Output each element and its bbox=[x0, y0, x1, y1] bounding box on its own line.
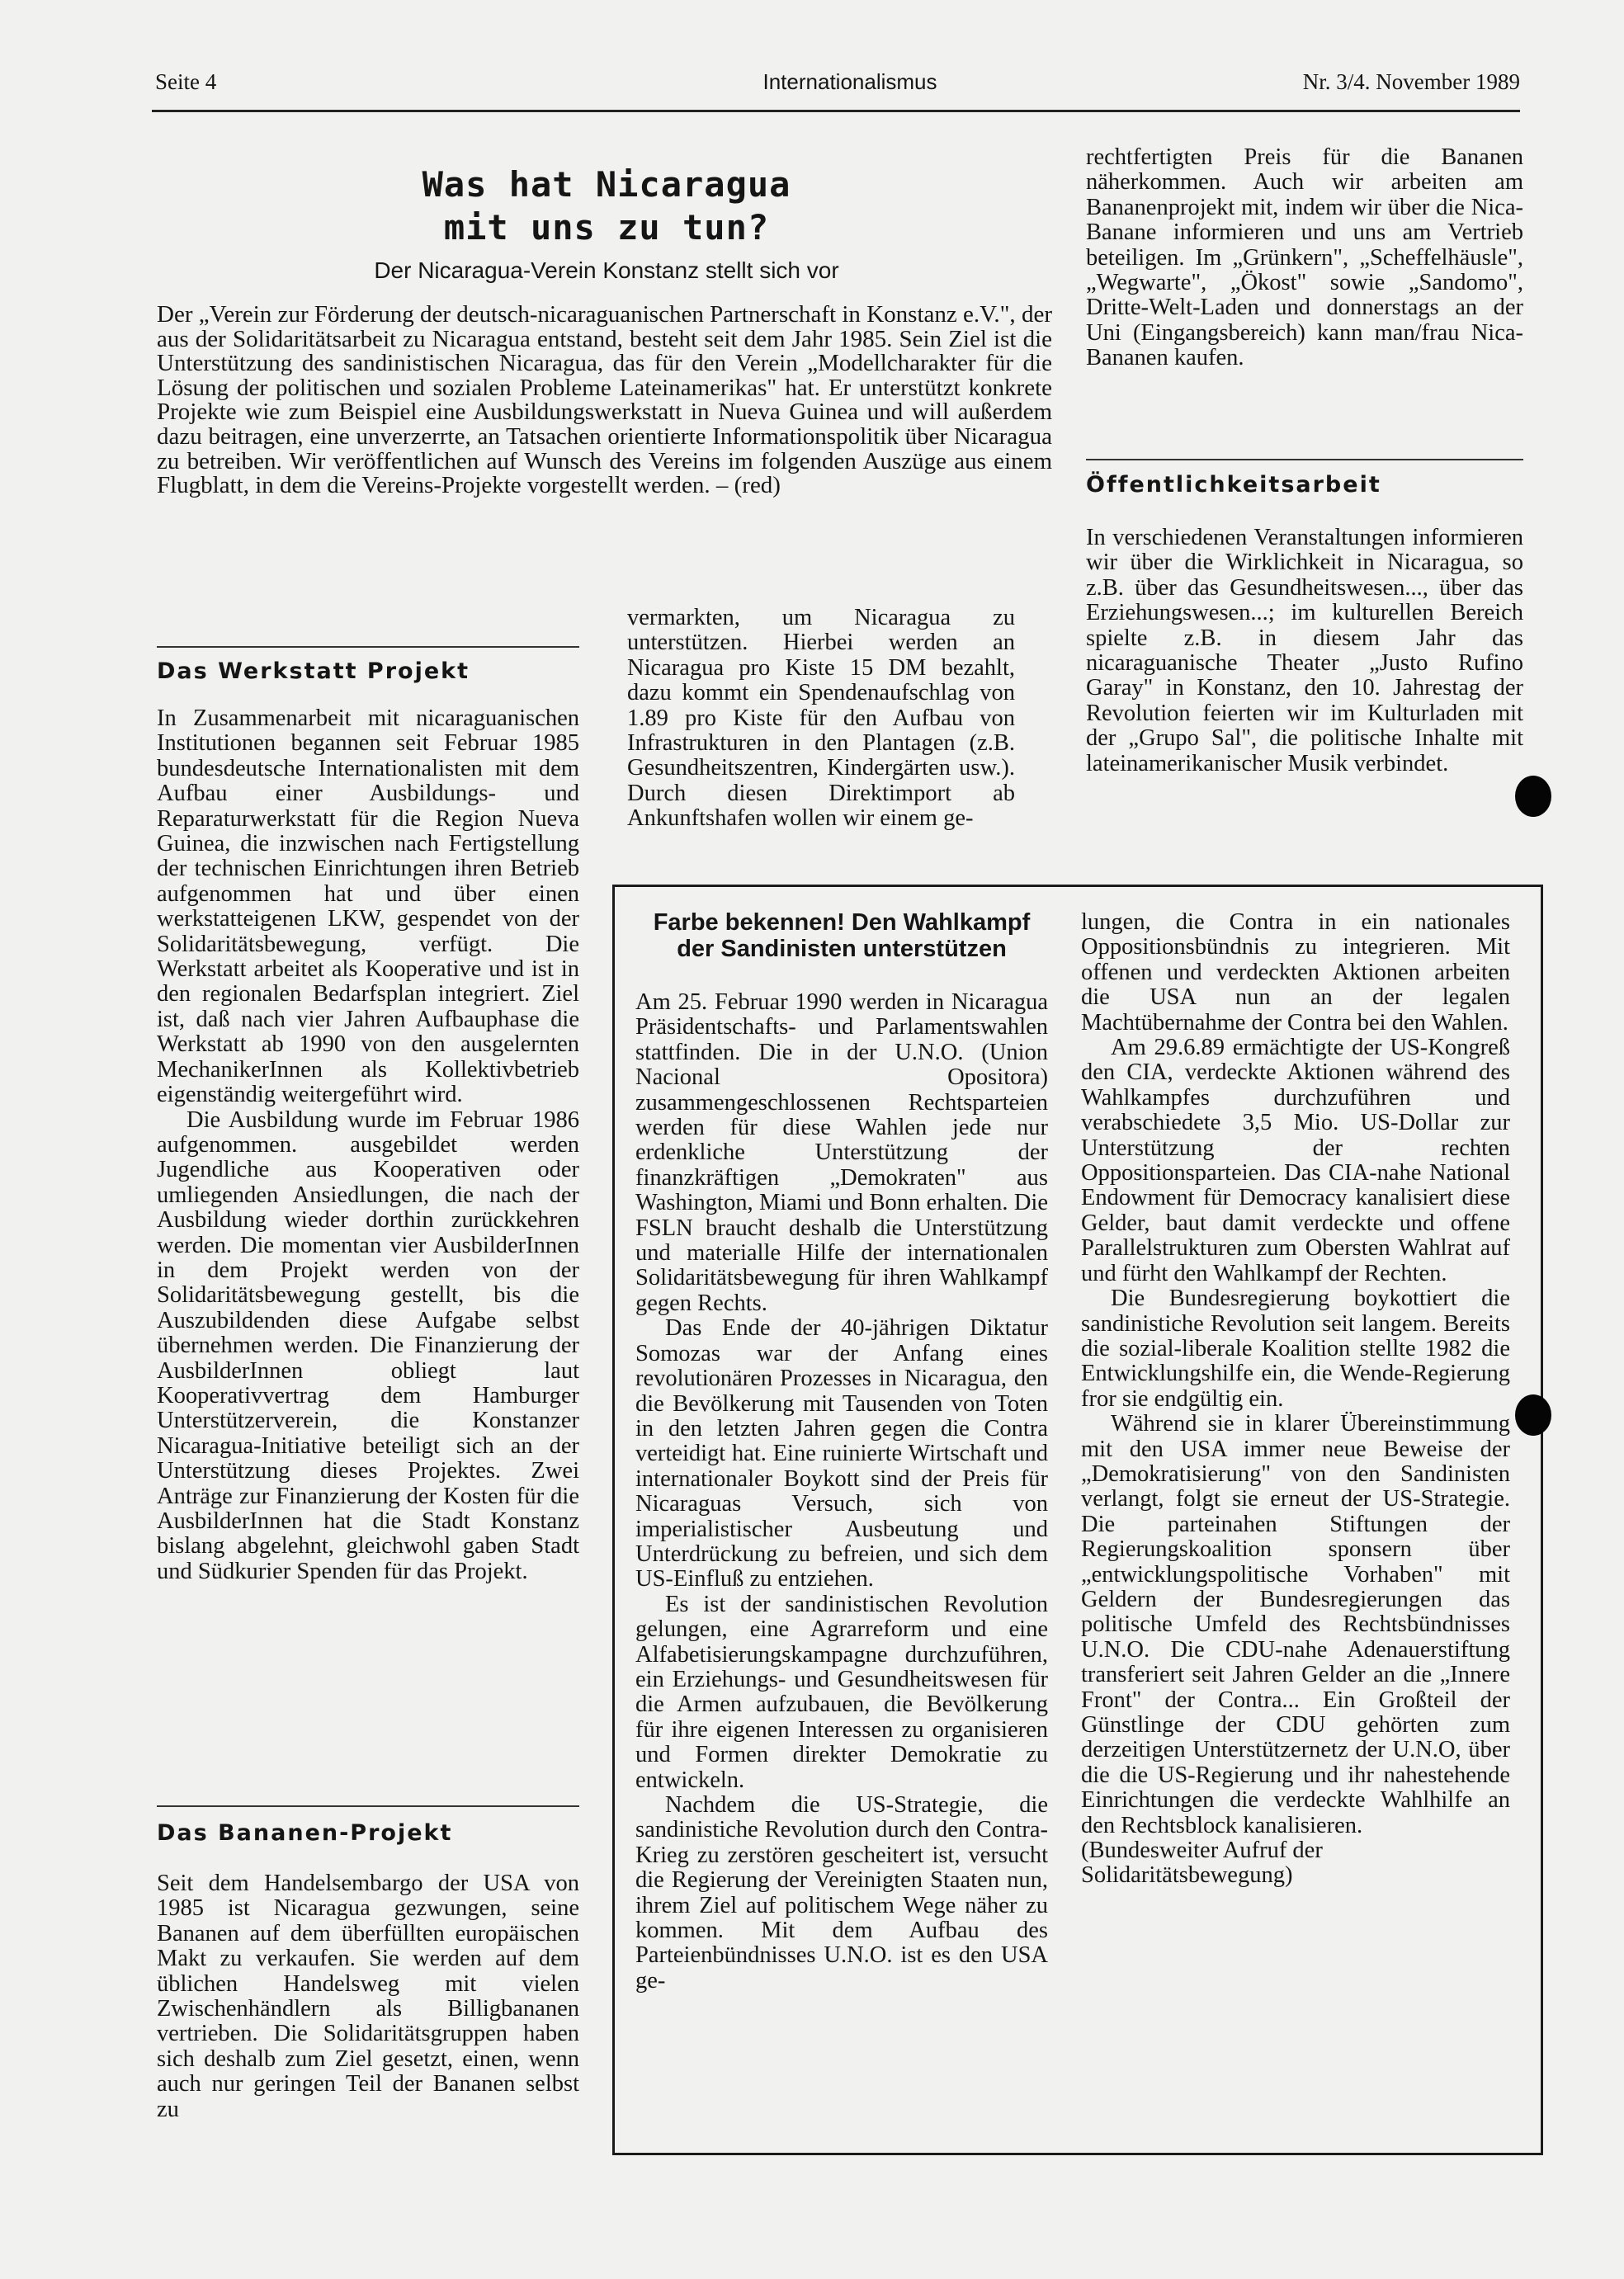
section-rule-oeffentlichkeit bbox=[1086, 459, 1523, 460]
box-left-column: Am 25. Februar 1990 werden in Nicaragua … bbox=[635, 990, 1048, 1994]
bananen-text-part-1: Seit dem Handelsembargo der USA von 1985… bbox=[157, 1871, 579, 2122]
heading-oeffentlichkeit: Öffentlichkeitsarbeit bbox=[1086, 472, 1381, 498]
werkstatt-text: In Zusammenarbeit mit nicaraguanischen I… bbox=[157, 706, 579, 1584]
box-source-note: (Bundesweiter Aufruf der Solidaritätsbew… bbox=[1081, 1838, 1510, 1889]
box-title: Farbe bekennen! Den Wahlkampf der Sandin… bbox=[635, 909, 1048, 962]
heading-bananen: Das Bananen-Projekt bbox=[157, 1820, 452, 1846]
title-line-2: mit uns zu tun? bbox=[149, 206, 1065, 249]
issue-date: Nr. 3/4. November 1989 bbox=[1303, 69, 1520, 95]
box-right-paragraph-4: Während sie in klarer Übereinstimmung mi… bbox=[1081, 1412, 1510, 1838]
box-right-paragraph-3: Die Bundesregierung boykottiert die sand… bbox=[1081, 1286, 1510, 1412]
box-left-paragraph-2: Das Ende der 40-jährigen Diktatur Somoza… bbox=[635, 1316, 1048, 1592]
page-number: Seite 4 bbox=[155, 69, 216, 95]
box-title-line-2: der Sandinisten unterstützen bbox=[635, 936, 1048, 962]
werkstatt-paragraph-1: In Zusammenarbeit mit nicaraguanischen I… bbox=[157, 706, 579, 1108]
article-subtitle: Der Nicaragua-Verein Konstanz stellt sic… bbox=[149, 257, 1065, 284]
werkstatt-paragraph-2: Die Ausbildung wurde im Februar 1986 auf… bbox=[157, 1108, 579, 1585]
box-right-column: lungen, die Contra in ein nationales Opp… bbox=[1081, 910, 1510, 1889]
box-right-paragraph-1: lungen, die Contra in ein nationales Opp… bbox=[1081, 910, 1510, 1036]
punch-hole-upper bbox=[1515, 776, 1551, 817]
publication-name: Internationalismus bbox=[685, 69, 1015, 95]
box-title-line-1: Farbe bekennen! Den Wahlkampf bbox=[635, 909, 1048, 936]
section-rule-werkstatt bbox=[157, 646, 579, 648]
oeffentlichkeit-text: In verschiedenen Veranstaltungen informi… bbox=[1086, 526, 1523, 776]
punch-hole-lower bbox=[1515, 1394, 1551, 1436]
box-right-paragraph-2: Am 29.6.89 ermächtigte der US-Kongreß de… bbox=[1081, 1036, 1510, 1286]
heading-werkstatt: Das Werkstatt Projekt bbox=[157, 658, 470, 684]
article-title: Was hat Nicaragua mit uns zu tun? bbox=[149, 163, 1065, 249]
section-rule-bananen bbox=[157, 1805, 579, 1807]
box-left-paragraph-3: Es ist der sandinistischen Revolution ge… bbox=[635, 1592, 1048, 1793]
box-left-paragraph-1: Am 25. Februar 1990 werden in Nicaragua … bbox=[635, 990, 1048, 1316]
bananen-text-part-3: rechtfertigten Preis für die Bananen näh… bbox=[1086, 145, 1523, 371]
box-left-paragraph-4: Nachdem die US-Strategie, die sandinisti… bbox=[635, 1793, 1048, 1994]
header-rule bbox=[152, 110, 1520, 112]
bananen-text-part-2: vermarkten, um Nicaragua zu unterstützen… bbox=[627, 606, 1015, 832]
intro-paragraph: Der „Verein zur Förderung der deutsch-ni… bbox=[157, 303, 1052, 498]
title-line-1: Was hat Nicaragua bbox=[149, 163, 1065, 206]
